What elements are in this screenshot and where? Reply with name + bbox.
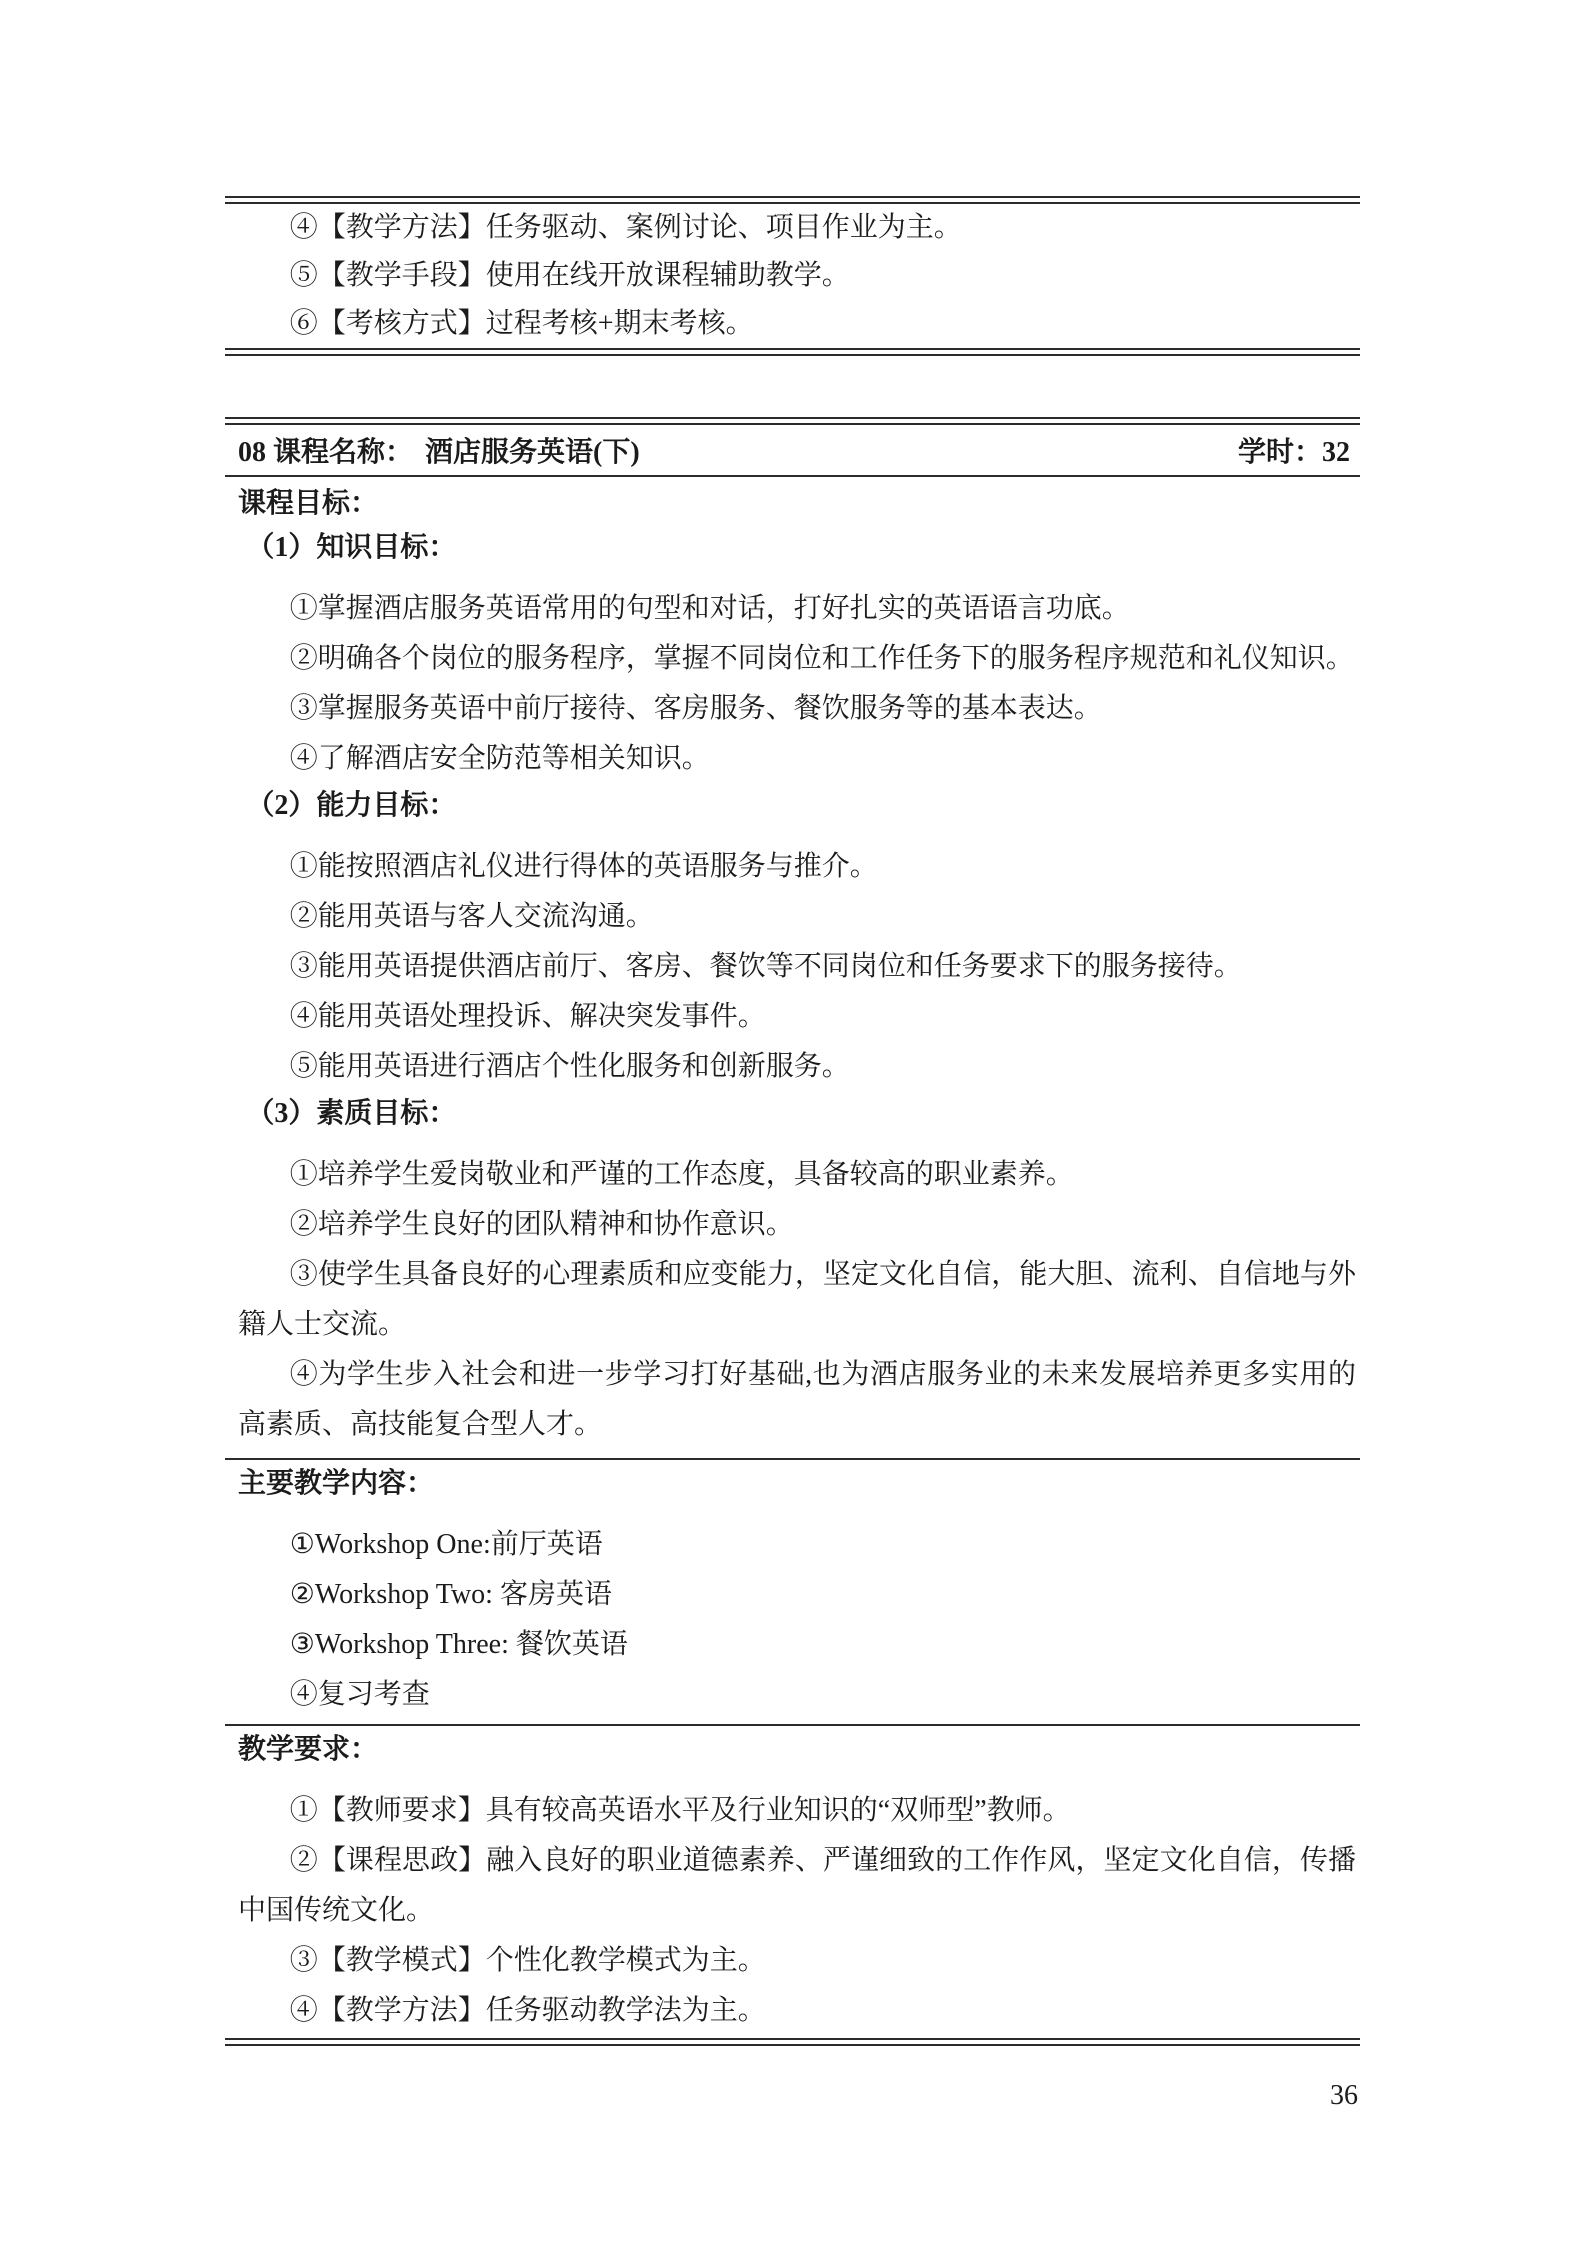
hours-value: 32	[1322, 437, 1350, 468]
assessment-item: ⑥【考核方式】过程考核+期末考核。	[238, 300, 1356, 348]
course-name: 酒店服务英语(下)	[425, 437, 640, 468]
ability-item: ③能用英语提供酒店前厅、客房、餐饮等不同岗位和任务要求下的服务接待。	[238, 942, 1356, 992]
course-table-border-top	[225, 417, 1360, 425]
requirement-item: ④【教学方法】任务驱动教学法为主。	[238, 1986, 1356, 2036]
course-hours: 学时：32	[1238, 430, 1350, 470]
document-content: ④【教学方法】任务驱动、案例讨论、项目作业为主。 ⑤【教学手段】使用在线开放课程…	[225, 196, 1360, 2046]
workshop-item: ②Workshop Two: 客房英语	[238, 1570, 1356, 1620]
course-table-border-bottom	[225, 2038, 1360, 2046]
ability-item: ④能用英语处理投诉、解决突发事件。	[238, 992, 1356, 1042]
ability-item: ⑤能用英语进行酒店个性化服务和创新服务。	[238, 1042, 1356, 1092]
quality-item: ④为学生步入社会和进一步学习打好基础,也为酒店服务业的未来发展培养更多实用的高素…	[238, 1350, 1356, 1450]
requirement-item: ②【课程思政】融入良好的职业道德素养、严谨细致的工作作风，坚定文化自信，传播中国…	[238, 1836, 1356, 1936]
quality-item: ③使学生具备良好的心理素质和应变能力，坚定文化自信，能大胆、流利、自信地与外籍人…	[238, 1250, 1356, 1350]
hours-label: 学时：	[1238, 437, 1322, 468]
page-number: 36	[1330, 2080, 1358, 2112]
knowledge-objectives-title: （1）知识目标：	[238, 526, 1356, 570]
course-objectives-row: 课程目标： （1）知识目标： ①掌握酒店服务英语常用的句型和对话，打好扎实的英语…	[225, 477, 1360, 1458]
course-number-label: 08 课程名称：	[238, 437, 413, 468]
quality-item: ①培养学生爱岗敬业和严谨的工作态度，具备较高的职业素养。	[238, 1150, 1356, 1200]
teaching-content-row: 主要教学内容： ①Workshop One:前厅英语 ②Workshop Two…	[225, 1460, 1360, 1724]
ability-item: ②能用英语与客人交流沟通。	[238, 892, 1356, 942]
course-header-row: 08 课程名称：酒店服务英语(下) 学时：32	[225, 425, 1360, 475]
review-item: ④复习考查	[238, 1670, 1356, 1720]
ability-item: ①能按照酒店礼仪进行得体的英语服务与推介。	[238, 842, 1356, 892]
previous-course-rows: ④【教学方法】任务驱动、案例讨论、项目作业为主。 ⑤【教学手段】使用在线开放课程…	[225, 204, 1360, 348]
course-title: 08 课程名称：酒店服务英语(下)	[238, 430, 640, 470]
workshop-item: ③Workshop Three: 餐饮英语	[238, 1620, 1356, 1670]
knowledge-item: ③掌握服务英语中前厅接待、客房服务、餐饮服务等的基本表达。	[238, 684, 1356, 734]
workshop-item: ①Workshop One:前厅英语	[238, 1520, 1356, 1570]
teaching-method-item: ④【教学方法】任务驱动、案例讨论、项目作业为主。	[238, 204, 1356, 252]
ability-objectives-title: （2）能力目标：	[238, 784, 1356, 828]
knowledge-item: ②明确各个岗位的服务程序，掌握不同岗位和工作任务下的服务程序规范和礼仪知识。	[238, 634, 1356, 684]
teaching-content-title: 主要教学内容：	[238, 1462, 1356, 1506]
teaching-means-item: ⑤【教学手段】使用在线开放课程辅助教学。	[238, 252, 1356, 300]
course-block: 08 课程名称：酒店服务英语(下) 学时：32 课程目标： （1）知识目标： ①…	[225, 417, 1360, 2046]
quality-objectives-title: （3）素质目标：	[238, 1092, 1356, 1136]
teaching-requirements-title: 教学要求：	[238, 1728, 1356, 1772]
table-border-double-bottom	[225, 348, 1360, 356]
requirement-item: ③【教学模式】个性化教学模式为主。	[238, 1936, 1356, 1986]
quality-item: ②培养学生良好的团队精神和协作意识。	[238, 1200, 1356, 1250]
previous-course-block: ④【教学方法】任务驱动、案例讨论、项目作业为主。 ⑤【教学手段】使用在线开放课程…	[225, 196, 1360, 356]
requirement-item: ①【教师要求】具有较高英语水平及行业知识的“双师型”教师。	[238, 1786, 1356, 1836]
knowledge-item: ①掌握酒店服务英语常用的句型和对话，打好扎实的英语语言功底。	[238, 584, 1356, 634]
knowledge-item: ④了解酒店安全防范等相关知识。	[238, 734, 1356, 784]
teaching-requirements-row: 教学要求： ①【教师要求】具有较高英语水平及行业知识的“双师型”教师。 ②【课程…	[225, 1726, 1360, 2038]
objectives-title: 课程目标：	[238, 482, 1356, 526]
table-border-double-top	[225, 196, 1360, 204]
document-page: ④【教学方法】任务驱动、案例讨论、项目作业为主。 ⑤【教学手段】使用在线开放课程…	[0, 0, 1587, 2245]
